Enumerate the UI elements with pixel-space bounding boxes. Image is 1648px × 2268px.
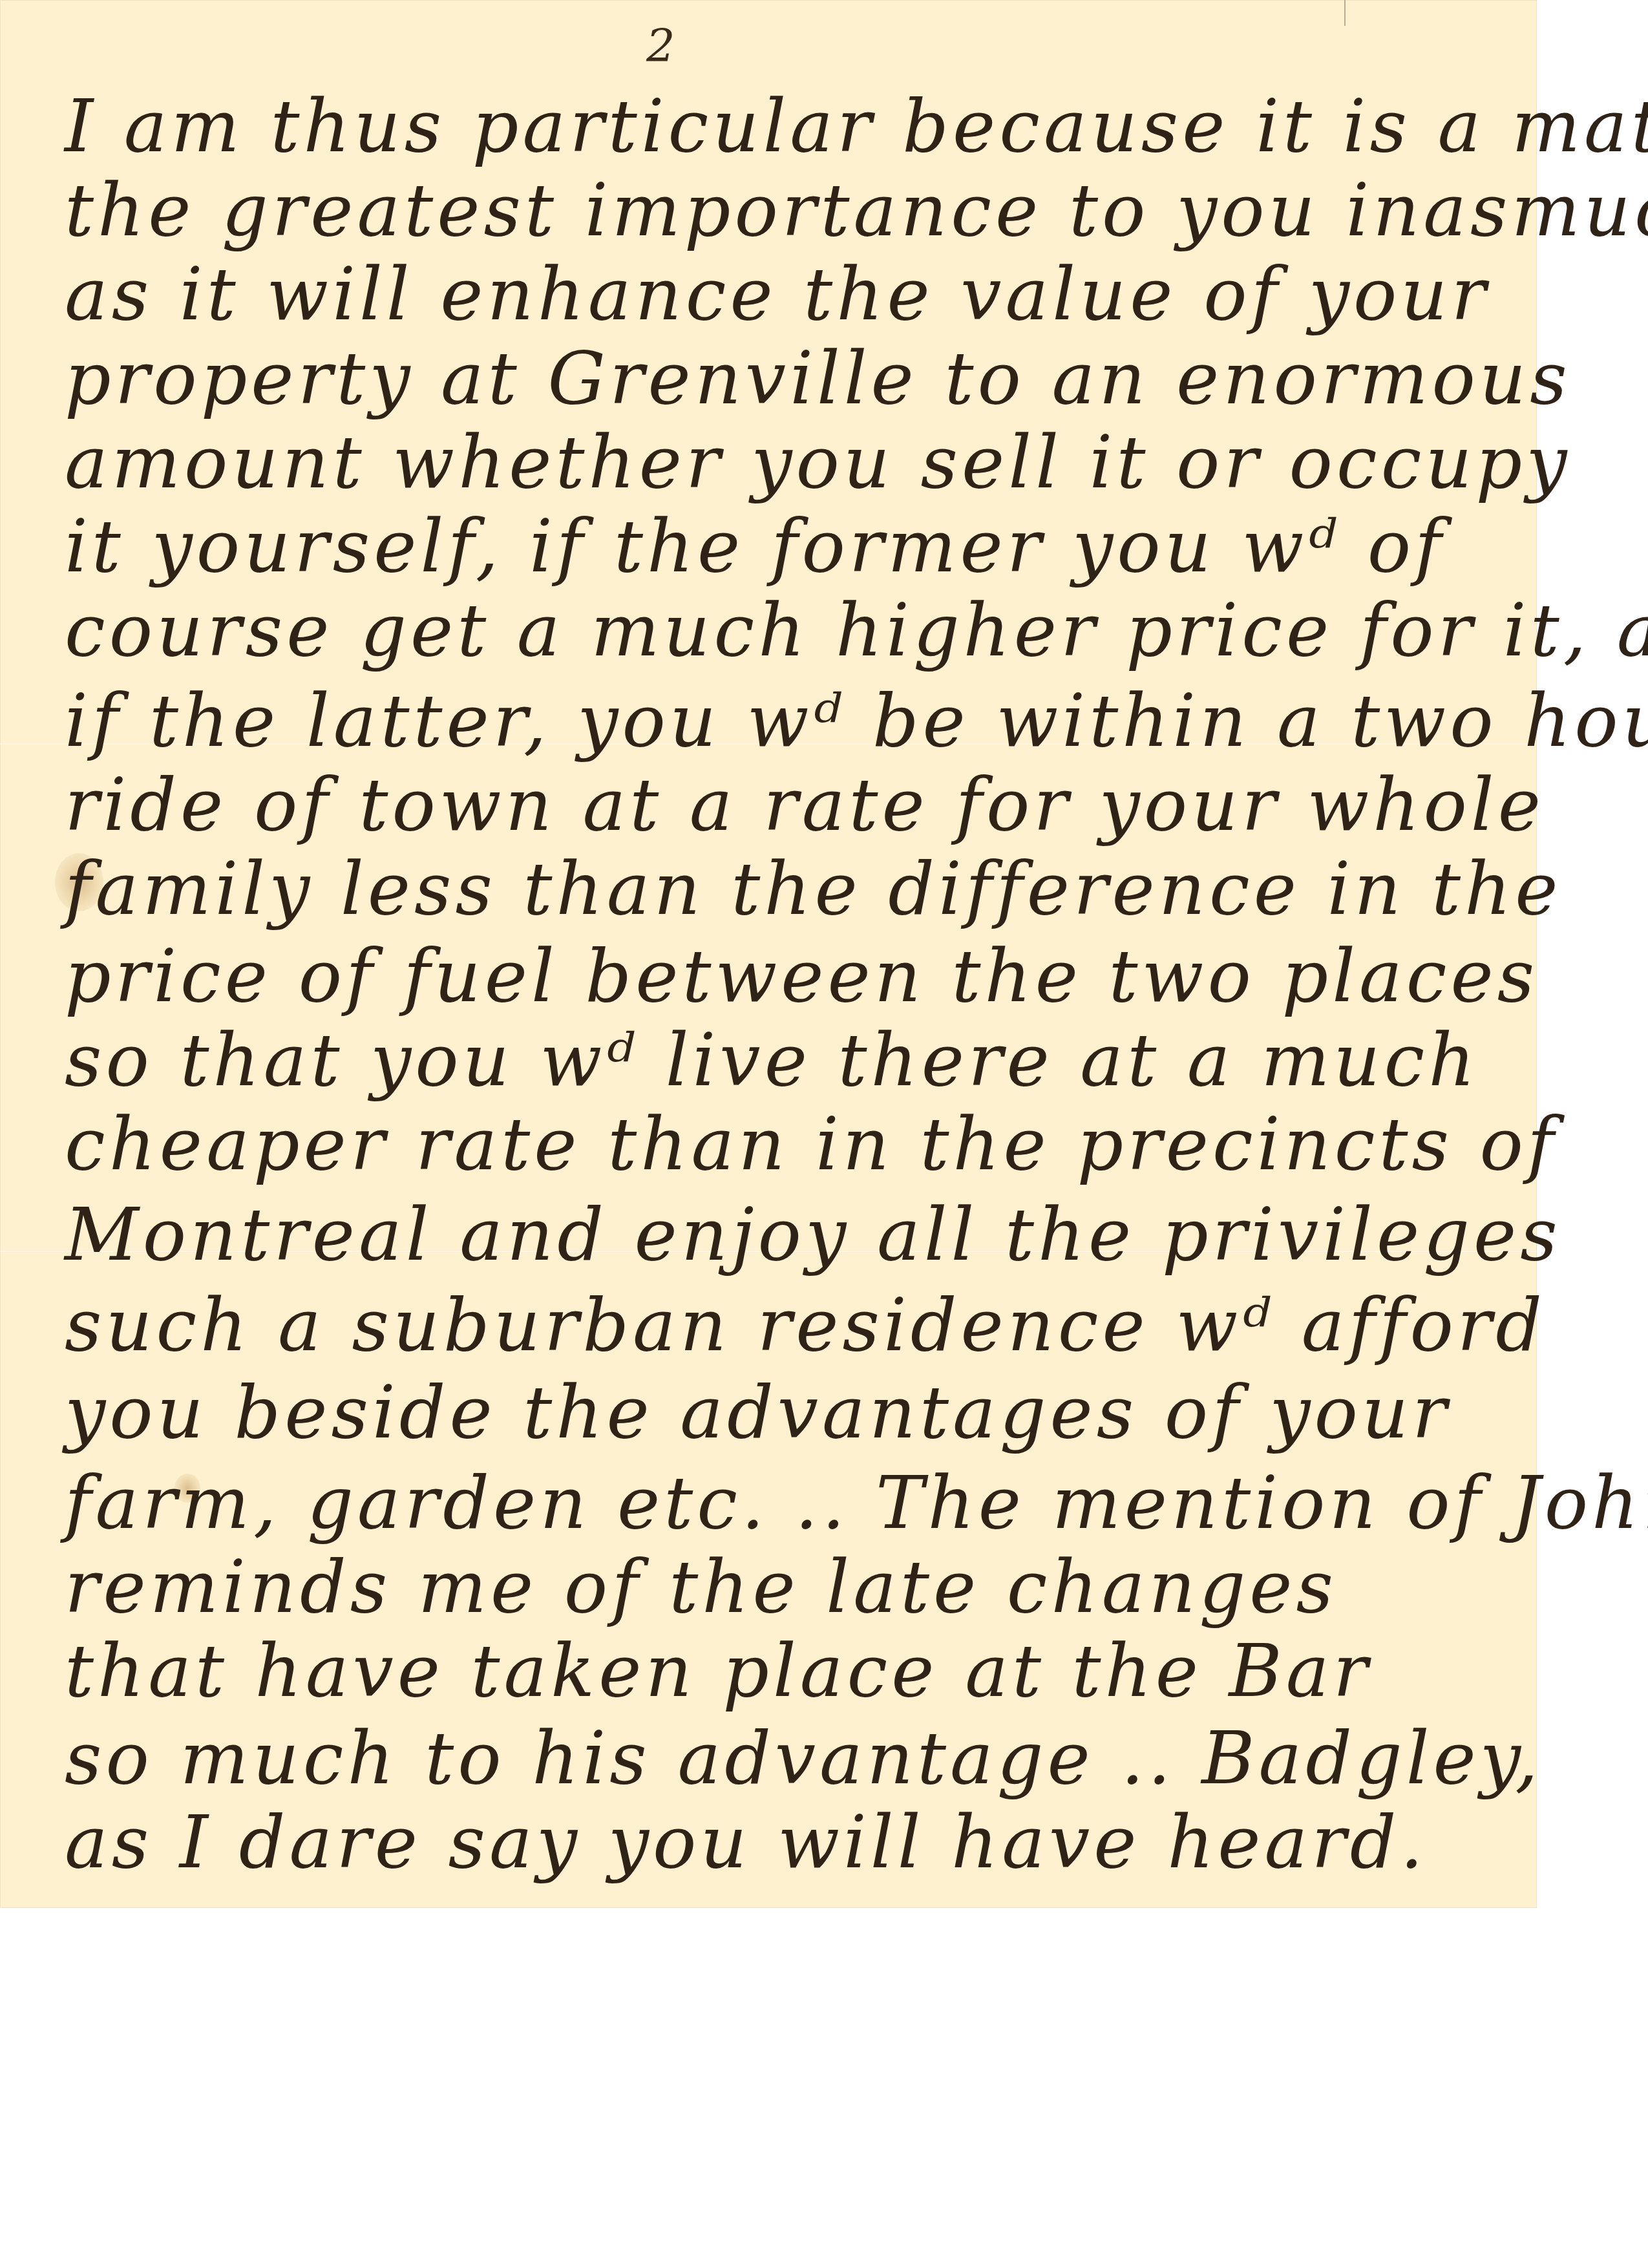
letter-line: cheaper rate than in the precincts of: [65, 1108, 1558, 1181]
letter-line: so much to his advantage .. Badgley,: [65, 1722, 1542, 1795]
letter-line: you beside the advantages of your: [65, 1377, 1451, 1449]
letter-line: reminds me of the late changes: [65, 1551, 1337, 1624]
letter-line: so that you wᵈ live there at a much: [65, 1024, 1479, 1097]
page-edge-mark: [1344, 0, 1346, 26]
letter-line: farm, garden etc. .. The mention of John: [65, 1467, 1648, 1540]
letter-line: as it will enhance the value of your: [65, 259, 1490, 331]
letter-line: as I dare say you will have heard.: [65, 1807, 1427, 1879]
letter-line: that have taken place at the Bar: [65, 1635, 1371, 1708]
letter-line: I am thus particular because it is a mat…: [65, 90, 1648, 163]
letter-line: if the latter, you wᵈ be within a two ho…: [65, 685, 1648, 758]
letter-line: course get a much higher price for it, a…: [65, 595, 1648, 667]
letter-line: it yourself, if the former you wᵈ of: [65, 511, 1446, 583]
letter-line: the greatest importance to you inasmuch: [65, 175, 1648, 247]
letter-line: property at Grenville to an enormous: [65, 343, 1571, 415]
letter-line: family less than the difference in the: [65, 853, 1562, 926]
letter-line: such a suburban residence wᵈ afford: [65, 1289, 1546, 1362]
letter-line: amount whether you sell it or occupy: [65, 427, 1571, 499]
letter-line: price of fuel between the two places: [65, 940, 1538, 1013]
letter-line: ride of town at a rate for your whole: [65, 769, 1545, 842]
letter-line: Montreal and enjoy all the privileges: [65, 1199, 1561, 1271]
letter-sheet: 2 I am thus particular because it is a m…: [0, 0, 1537, 1908]
page-number: 2: [646, 19, 675, 72]
